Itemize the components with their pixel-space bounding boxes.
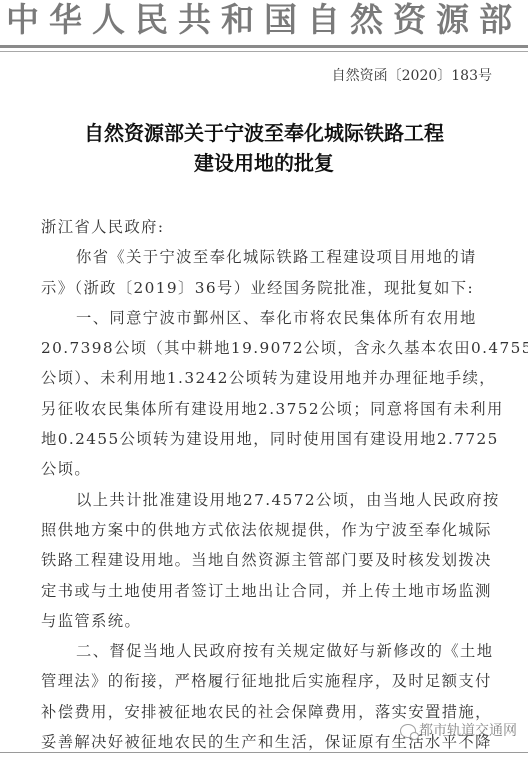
body-line: 以上共计批准建设用地27.4572公顷，由当地人民政府按 [41, 485, 496, 515]
body-line: 示》（浙政〔2019〕36号）业经国务院批准，现批复如下: [41, 273, 496, 303]
body-line: 另征收农民集体所有建设用地2.3752公顷；同意将国有未利用 [41, 394, 496, 424]
document-title-line-2: 建设用地的批复 [0, 148, 528, 178]
body-line: 公顷）、未利用地1.3242公顷转为建设用地并办理征地手续， [41, 363, 496, 393]
document-number: 自然资函〔2020〕183号 [332, 66, 492, 86]
body-line: 管理法》的衔接，严格履行征地批后实施程序，及时足额支付 [41, 666, 496, 696]
watermark: 都市轨道交通网 [400, 722, 517, 740]
body-line: 20.7398公顷（其中耕地19.9072公顷，含永久基本农田0.4755 [41, 333, 496, 363]
masthead-rule-thick [0, 45, 528, 48]
body-line: 照供地方案中的供地方式依法依规提供，作为宁波至奉化城际 [41, 515, 496, 545]
body-line: 公顷。 [41, 454, 496, 484]
page-bottom-rule [0, 752, 528, 753]
masthead-title: 中华人民共和国自然资源部 [0, 0, 528, 40]
document-body: 浙江省人民政府: 你省《关于宁波至奉化城际铁路工程建设项目用地的请 示》（浙政〔… [41, 212, 496, 757]
document-title-line-1: 自然资源部关于宁波至奉化城际铁路工程 [0, 118, 528, 148]
document-title: 自然资源部关于宁波至奉化城际铁路工程 建设用地的批复 [0, 118, 528, 178]
body-line: 你省《关于宁波至奉化城际铁路工程建设项目用地的请 [41, 242, 496, 272]
body-line: 二、督促当地人民政府按有关规定做好与新修改的《土地 [41, 636, 496, 666]
masthead-rule-thin [0, 51, 528, 52]
wechat-icon [400, 724, 416, 738]
body-line: 一、同意宁波市鄞州区、奉化市将农民集体所有农用地 [41, 303, 496, 333]
body-line: 与监管系统。 [41, 606, 496, 636]
body-line: 浙江省人民政府: [41, 212, 496, 242]
body-line: 铁路工程建设用地。当地自然资源主管部门要及时核发划拨决 [41, 545, 496, 575]
watermark-text: 都市轨道交通网 [419, 722, 517, 740]
body-line: 定书或与土地使用者签订土地出让合同，并上传土地市场监测 [41, 576, 496, 606]
body-line: 地0.2455公顷转为建设用地，同时使用国有建设用地2.7725 [41, 424, 496, 454]
